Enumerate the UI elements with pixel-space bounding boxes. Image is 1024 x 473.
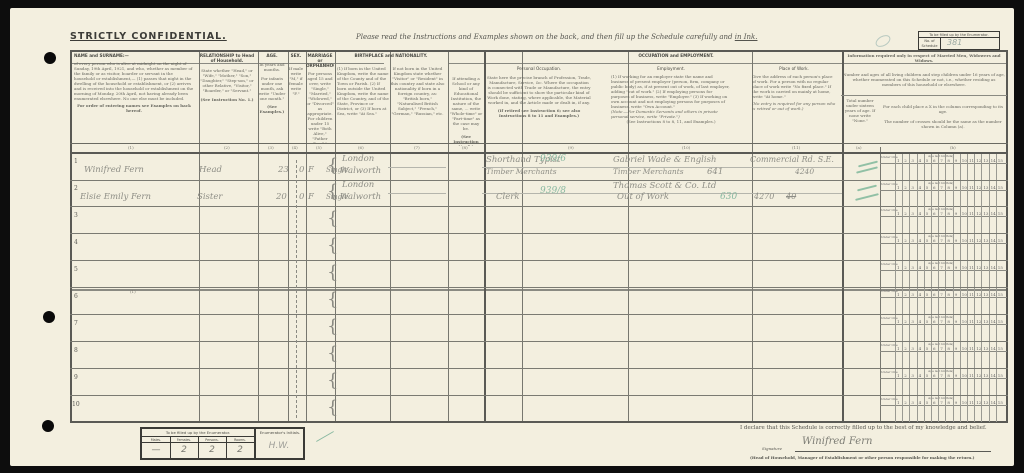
enumerator-initials-value: H.W. (264, 441, 294, 451)
age-grid: Under OneAge last birthday12345678910111… (880, 181, 1007, 207)
age-label: 5 (926, 346, 929, 351)
age-years: 20 (276, 192, 287, 202)
age-label: 5 (926, 265, 929, 270)
age-label: 4 (919, 158, 922, 163)
schedule-number-value: 381 (947, 38, 962, 47)
age-label: 3 (911, 292, 914, 297)
age-label: 9 (955, 400, 958, 405)
header-education-column: If attending a School or any kind of Edu… (449, 66, 483, 146)
age-label: 9 (955, 373, 958, 378)
age-label: 9 (955, 265, 958, 270)
header-relationship-column: RELATIONSHIP to Head of Household. State… (199, 53, 255, 143)
age-label: 2 (904, 211, 907, 216)
age-label: 8 (947, 319, 950, 324)
strictly-confidential-title: STRICTLY CONFIDENTIAL. (70, 31, 227, 42)
age-label: 1 (897, 292, 900, 297)
birthplace-line2: Walworth (340, 166, 381, 176)
brace-row-7: { (327, 318, 338, 336)
age-label: 4 (919, 346, 922, 351)
age-label: 7 (940, 319, 943, 324)
age-label: 2 (904, 265, 907, 270)
age-label: 4 (919, 319, 922, 324)
age-label: 15 (998, 319, 1003, 324)
age-label: 4 (919, 238, 922, 243)
age-label: 3 (911, 238, 914, 243)
relationship: Sister (197, 192, 222, 202)
signature-note: (Head of Household, Manager of Establish… (750, 455, 975, 460)
instructions-line: Please read the Instructions and Example… (356, 33, 757, 41)
age-label: 6 (933, 373, 936, 378)
employer-code: 630 (720, 192, 737, 202)
brace-row-10: { (327, 399, 338, 417)
header-children-body: Number and ages of all living children a… (843, 72, 1005, 94)
row-number: 8 (74, 347, 78, 354)
birthplace-line1: London (342, 154, 374, 164)
age-label: 4 (919, 292, 922, 297)
age-grid: Under OneAge last birthday12345678910111… (880, 369, 1007, 395)
males-label: Males. (142, 437, 170, 443)
age-label: 1 (897, 158, 900, 163)
age-grid: Under OneAge last birthday12345678910111… (880, 396, 1007, 422)
age-label: 7 (940, 292, 943, 297)
age-months: 0 (299, 192, 304, 202)
age-label: 1 (897, 211, 900, 216)
age-label: 7 (940, 265, 943, 270)
age-label: 15 (998, 292, 1003, 297)
females-label: Females. (170, 437, 198, 443)
age-label: 7 (940, 400, 943, 405)
age-label: 6 (933, 158, 936, 163)
enumerator-initials-label: Enumerator's Initials. (255, 429, 305, 437)
brace-row-6: { (327, 291, 338, 309)
age-label: 8 (947, 238, 950, 243)
age-label: 15 (998, 238, 1003, 243)
sex: F (308, 165, 314, 175)
age-label: 15 (998, 346, 1003, 351)
header-birthplace-title: BIRTHPLACE and NATIONALITY. (336, 53, 446, 63)
age-label: 7 (940, 211, 943, 216)
age-label: 2 (904, 319, 907, 324)
age-label: 4 (919, 185, 922, 190)
age-label: 3 (911, 400, 914, 405)
age-label: 2 (904, 346, 907, 351)
occupation-line2: Timber Merchants (486, 167, 557, 176)
header-nationality-column: If not born in the United Kingdom state … (390, 66, 445, 146)
header-birthplace-column: (1) If born in the United Kingdom, write… (337, 66, 389, 146)
age-label: 6 (933, 265, 936, 270)
age-label: 3 (911, 158, 914, 163)
age-label: 5 (926, 319, 929, 324)
header-name-column: NAME and SURNAME:— of every person who i… (74, 53, 194, 143)
enumerator-totals-title: To be filled up by the Enumerator. (142, 429, 254, 437)
header-children-title: Information required only in respect of … (843, 53, 1005, 67)
place-code: 4270 (754, 192, 774, 201)
rooms-value: 2 (226, 445, 254, 455)
brace-row-3: { (327, 210, 338, 228)
signature-value: Winifred Fern (802, 436, 872, 447)
signature-label: Signature (762, 446, 782, 451)
males-value: — (142, 445, 170, 455)
age-label: 2 (904, 158, 907, 163)
employer-line2: Out of Work (617, 192, 669, 202)
brace-row-5: { (327, 264, 338, 282)
age-label: 5 (926, 238, 929, 243)
age-label: 1 (897, 238, 900, 243)
age-label: 5 (926, 400, 929, 405)
age-label: 3 (911, 346, 914, 351)
age-label: 7 (940, 158, 943, 163)
age-label: 7 (940, 346, 943, 351)
col-num-1: (1) (130, 289, 136, 294)
occupation-code: 939/8 (540, 186, 566, 196)
age-years: 23 (278, 165, 289, 175)
header-marriage-column: MARRIAGE or ORPHANHOOD. For persons aged… (306, 53, 334, 143)
age-label: 15 (998, 185, 1003, 190)
place-of-work: Commercial Rd. S.E. (750, 155, 834, 164)
brace-row-9: { (327, 372, 338, 390)
age-label: 2 (904, 238, 907, 243)
punch-hole-bottom (42, 420, 54, 432)
age-months: 0 (299, 165, 304, 175)
age-label: 9 (955, 185, 958, 190)
age-label: 5 (926, 158, 929, 163)
age-label: 1 (897, 185, 900, 190)
age-label: 4 (919, 265, 922, 270)
age-label: 3 (911, 373, 914, 378)
age-label: 15 (998, 373, 1003, 378)
age-label: 1 (897, 400, 900, 405)
age-label: 5 (926, 185, 929, 190)
person-name: Elsie Emily Fern (80, 192, 151, 202)
age-label: 4 (919, 373, 922, 378)
age-label: 8 (947, 292, 950, 297)
row-number: 10 (72, 401, 80, 408)
age-label: 8 (947, 185, 950, 190)
header-children-each: For each child place a X in the column c… (882, 104, 1004, 144)
age-label: 9 (955, 158, 958, 163)
place-code: 4240 (795, 167, 814, 176)
age-label: 7 (940, 185, 943, 190)
age-label: 5 (926, 292, 929, 297)
punch-hole-middle (43, 311, 55, 323)
age-label: 1 (897, 373, 900, 378)
persons-value: 2 (198, 445, 226, 455)
employer-code: 641 (707, 167, 723, 177)
employer-line1: Gabriel Wade & English (613, 155, 716, 165)
age-label: 6 (933, 185, 936, 190)
age-label: 6 (933, 238, 936, 243)
age-label: 8 (947, 346, 950, 351)
declaration-text: I declare that this Schedule is correctl… (740, 425, 987, 431)
females-value: 2 (170, 445, 198, 455)
age-label: 15 (998, 400, 1003, 405)
age-label: 6 (933, 292, 936, 297)
age-grid: Under OneAge last birthday12345678910111… (880, 288, 1007, 314)
age-label: 3 (911, 185, 914, 190)
header-age-column: AGE. In years and months. For infants un… (258, 53, 286, 143)
age-label: 8 (947, 373, 950, 378)
age-grid: Under OneAge last birthday12345678910111… (880, 261, 1007, 287)
age-label: 15 (998, 158, 1003, 163)
age-grid: Under OneAge last birthday12345678910111… (880, 342, 1007, 368)
header-sex-column: SEX. If male write "M," if female write … (288, 53, 304, 143)
row-number: 7 (74, 320, 78, 327)
birthplace-line2: Walworth (340, 192, 381, 202)
age-label: 9 (955, 238, 958, 243)
age-label: 15 (998, 265, 1003, 270)
age-label: 4 (919, 400, 922, 405)
header-employment-column: Employment. (1) If working for an employ… (611, 66, 731, 146)
employer-line1: Thomas Scott & Co. Ltd (613, 181, 716, 191)
row-number: 3 (74, 212, 78, 219)
place-code-struck: 40 (786, 192, 796, 201)
row-number: 9 (74, 374, 78, 381)
age-label: 2 (904, 373, 907, 378)
birthplace-line1: London (342, 180, 374, 190)
persons-label: Persons. (198, 437, 226, 443)
punch-hole-top (44, 52, 56, 64)
age-label: 1 (897, 319, 900, 324)
rooms-label: Rooms. (226, 437, 254, 443)
age-label: 2 (904, 400, 907, 405)
row-number: 2 (74, 185, 78, 192)
age-label: 2 (904, 292, 907, 297)
age-label: 9 (955, 211, 958, 216)
age-label: 3 (911, 211, 914, 216)
row-number: 6 (74, 293, 78, 300)
enumerator-schedule-box: To be filled up by the Enumerator. No. o… (918, 31, 1000, 50)
age-label: 8 (947, 211, 950, 216)
column-number-divider-placeholder (72, 290, 1006, 291)
age-label: 7 (940, 238, 943, 243)
age-label: 4 (919, 211, 922, 216)
header-occupation-group: OCCUPATION and EMPLOYMENT. (524, 53, 828, 62)
age-label: 6 (933, 319, 936, 324)
row-number: 5 (74, 266, 78, 273)
brace-row-8: { (327, 345, 338, 363)
age-label: 1 (897, 346, 900, 351)
age-label: 5 (926, 211, 929, 216)
age-label: 6 (933, 346, 936, 351)
age-label: 6 (933, 211, 936, 216)
age-label: 8 (947, 158, 950, 163)
age-label: 2 (904, 185, 907, 190)
age-label: 1 (897, 265, 900, 270)
age-grid: Under OneAge last birthday12345678910111… (880, 234, 1007, 260)
brace-row-4: { (327, 237, 338, 255)
age-label: 6 (933, 400, 936, 405)
row-number: 4 (74, 239, 78, 246)
occupation-code: 939/6 (540, 154, 566, 164)
age-label: 5 (926, 373, 929, 378)
age-label: 8 (947, 400, 950, 405)
age-label: 8 (947, 265, 950, 270)
age-label: 3 (911, 265, 914, 270)
age-label: 9 (955, 346, 958, 351)
row-number: 1 (74, 158, 78, 165)
signature-line (795, 451, 991, 452)
schedule-number-label: No. of Schedule (919, 38, 941, 49)
person-name: Winifred Fern (84, 165, 144, 175)
age-label: 9 (955, 319, 958, 324)
age-label: 9 (955, 292, 958, 297)
sex: F (308, 192, 314, 202)
header-place-of-work-column: Place of Work. Give the address of each … (752, 66, 836, 146)
header-personal-occupation-column: Personal Occupation. State here the prec… (487, 66, 591, 146)
age-grid: Under OneAge last birthday12345678910111… (880, 207, 1007, 233)
age-grid: Under OneAge last birthday12345678910111… (880, 154, 1007, 180)
age-grid: Under OneAge last birthday12345678910111… (880, 315, 1007, 341)
header-children-total: Total number under sixteen years of age.… (842, 98, 878, 146)
enumerator-totals-box: To be filled up by the Enumerator. Enume… (140, 427, 305, 460)
age-label: 3 (911, 319, 914, 324)
occupation-line1: Clerk (496, 192, 519, 202)
employer-line2: Timber Merchants (613, 167, 684, 176)
age-label: 15 (998, 211, 1003, 216)
relationship: Head (199, 165, 222, 175)
age-label: 7 (940, 373, 943, 378)
